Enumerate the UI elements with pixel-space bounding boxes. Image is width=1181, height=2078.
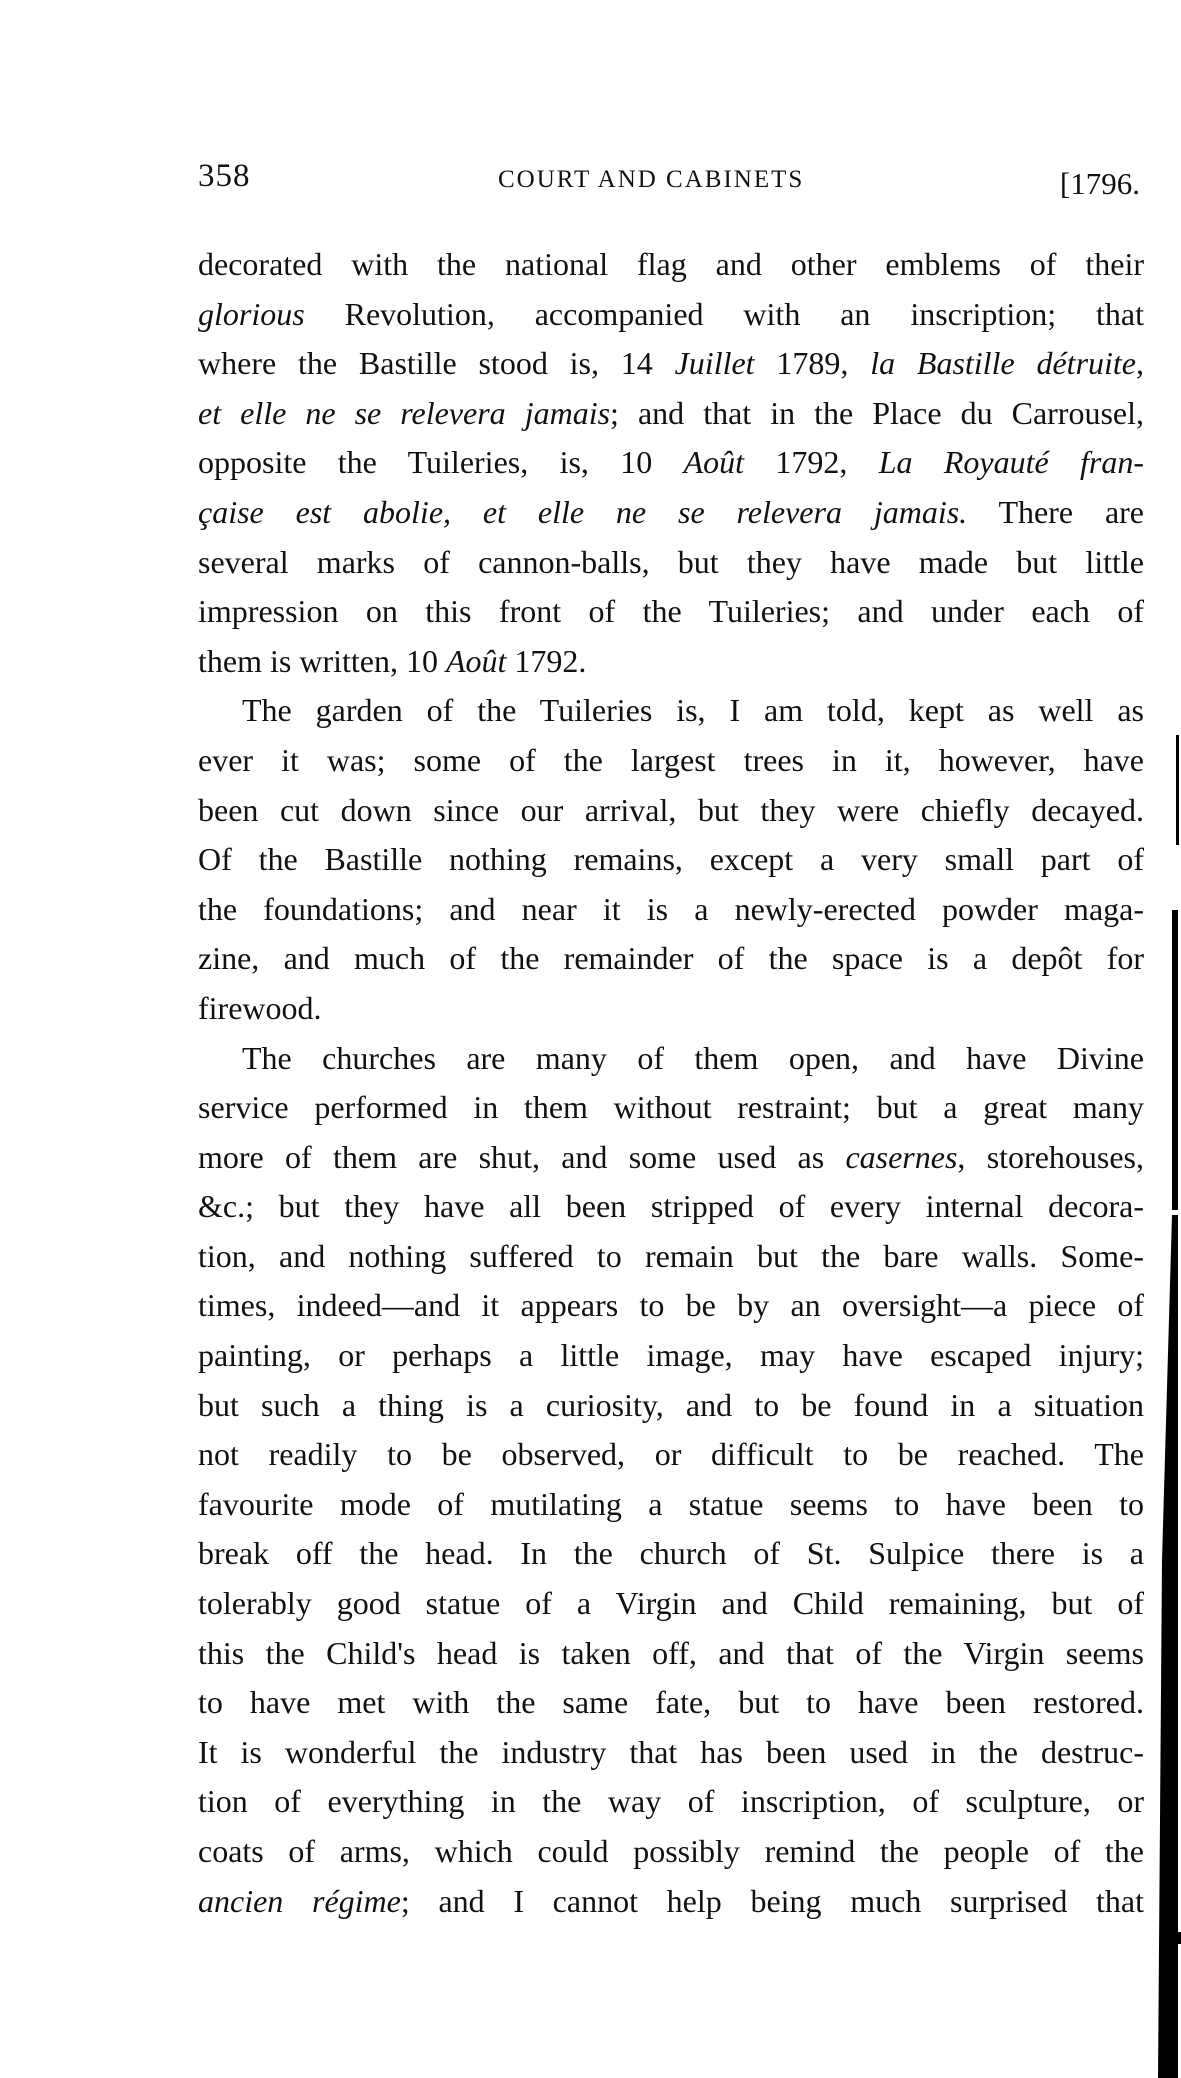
text-line: zine, and much of the remainder of the s… [198, 934, 1144, 984]
text-line: tolerably good statue of a Virgin and Ch… [198, 1579, 1144, 1629]
text-line: firewood. [198, 984, 1144, 1034]
text-line: impression on this front of the Tuilerie… [198, 587, 1144, 637]
text-line: been cut down since our arrival, but the… [198, 786, 1144, 836]
scan-edge-mark-middle [1172, 910, 1178, 1210]
text-line: coats of arms, which could possibly remi… [198, 1827, 1144, 1877]
body-text: decorated with the national flag and oth… [198, 240, 1144, 1926]
text-line: &c.; but they have all been stripped of … [198, 1182, 1144, 1232]
running-head: 358 COURT AND CABINETS [1796. [198, 158, 1148, 208]
italic-segment: La Royauté fran- [879, 444, 1144, 480]
text-segment: decorated with the national flag and oth… [198, 246, 1144, 282]
text-line: painting, or perhaps a little image, may… [198, 1331, 1144, 1381]
text-line: glorious Revolution, accompanied with an… [198, 290, 1144, 340]
text-line: times, indeed—and it appears to be by an… [198, 1281, 1144, 1331]
italic-segment: la Bastille détruite, [870, 345, 1144, 381]
text-line: service performed in them without restra… [198, 1083, 1144, 1133]
running-title: COURT AND CABINETS [498, 166, 804, 194]
text-segment: The churches are many of them open, and … [242, 1040, 1144, 1076]
text-line: not readily to be observed, or difficult… [198, 1430, 1144, 1480]
italic-segment: çaise est abolie, et elle ne se relevera… [198, 494, 967, 530]
text-segment: It is wonderful the industry that has be… [198, 1734, 1144, 1770]
text-line: the foundations; and near it is a newly-… [198, 885, 1144, 935]
text-line: them is written, 10 Août 1792. [198, 637, 1144, 687]
text-line: decorated with the national flag and oth… [198, 240, 1144, 290]
text-segment: impression on this front of the Tuilerie… [198, 593, 1144, 629]
text-line: break off the head. In the church of St.… [198, 1529, 1144, 1579]
text-line: ancien régime; and I cannot help being m… [198, 1877, 1144, 1927]
text-segment: service performed in them without restra… [198, 1089, 1144, 1125]
text-line: favourite mode of mutilating a statue se… [198, 1480, 1144, 1530]
text-segment: to have met with the same fate, but to h… [198, 1684, 1144, 1720]
text-segment: coats of arms, which could possibly remi… [198, 1833, 1144, 1869]
italic-segment: glorious [198, 296, 305, 332]
text-line: opposite the Tuileries, is, 10 Août 1792… [198, 438, 1144, 488]
text-segment: tion, and nothing suffered to remain but… [198, 1238, 1144, 1274]
running-year: [1796. [1060, 166, 1140, 202]
text-line: It is wonderful the industry that has be… [198, 1728, 1144, 1778]
text-segment: favourite mode of mutilating a statue se… [198, 1486, 1144, 1522]
text-segment: several marks of cannon-balls, but they … [198, 544, 1144, 580]
text-line: but such a thing is a curiosity, and to … [198, 1381, 1144, 1431]
text-line: çaise est abolie, et elle ne se relevera… [198, 488, 1144, 538]
text-line: tion of everything in the way of inscrip… [198, 1777, 1144, 1827]
text-segment: where the Bastille stood is, 14 [198, 345, 675, 381]
text-line: where the Bastille stood is, 14 Juillet … [198, 339, 1144, 389]
text-segment: , storehouses, [957, 1139, 1144, 1175]
text-segment: 1789, [755, 345, 871, 381]
text-segment: opposite the Tuileries, is, 10 [198, 444, 684, 480]
italic-segment: ancien régime [198, 1883, 401, 1919]
text-segment: The garden of the Tuileries is, I am tol… [242, 692, 1144, 728]
text-segment: break off the head. In the church of St.… [198, 1535, 1144, 1571]
text-segment: tion of everything in the way of inscrip… [198, 1783, 1144, 1819]
text-segment: tolerably good statue of a Virgin and Ch… [198, 1585, 1144, 1621]
scan-edge-mark-lower [1158, 1215, 1178, 2078]
text-line: Of the Bastille nothing remains, except … [198, 835, 1144, 885]
italic-segment: Août [446, 643, 506, 679]
text-segment: not readily to be observed, or difficult… [198, 1436, 1144, 1472]
text-segment: firewood. [198, 990, 322, 1026]
text-line: more of them are shut, and some used as … [198, 1133, 1144, 1183]
italic-segment: et elle ne se relevera jamais [198, 395, 610, 431]
text-segment: ; and that in the Place du Carrousel, [610, 395, 1144, 431]
text-segment: painting, or perhaps a little image, may… [198, 1337, 1144, 1373]
text-line: tion, and nothing suffered to remain but… [198, 1232, 1144, 1282]
text-segment: ever it was; some of the largest trees i… [198, 742, 1144, 778]
text-segment: been cut down since our arrival, but the… [198, 792, 1144, 828]
page-number: 358 [198, 158, 251, 195]
italic-segment: casernes [845, 1139, 957, 1175]
italic-segment: Août [684, 444, 744, 480]
text-segment: There are [967, 494, 1144, 530]
text-segment: 1792. [506, 643, 586, 679]
text-segment: them is written, 10 [198, 643, 446, 679]
text-segment: more of them are shut, and some used as [198, 1139, 845, 1175]
text-segment: 1792, [744, 444, 879, 480]
text-line: et elle ne se relevera jamais; and that … [198, 389, 1144, 439]
text-segment: ; and I cannot help being much surprised… [401, 1883, 1144, 1919]
text-line: The churches are many of them open, and … [198, 1034, 1144, 1084]
text-segment: but such a thing is a curiosity, and to … [198, 1387, 1144, 1423]
text-line: The garden of the Tuileries is, I am tol… [198, 686, 1144, 736]
text-segment: this the Child's head is taken off, and … [198, 1635, 1144, 1671]
text-line: several marks of cannon-balls, but they … [198, 538, 1144, 588]
text-segment: Revolution, accompanied with an inscript… [305, 296, 1144, 332]
text-segment: zine, and much of the remainder of the s… [198, 940, 1144, 976]
book-page: 358 COURT AND CABINETS [1796. decorated … [0, 0, 1181, 2078]
text-line: this the Child's head is taken off, and … [198, 1629, 1144, 1679]
text-segment: times, indeed—and it appears to be by an… [198, 1287, 1144, 1323]
text-segment: &c.; but they have all been stripped of … [198, 1188, 1144, 1224]
italic-segment: Juillet [675, 345, 755, 381]
text-line: to have met with the same fate, but to h… [198, 1678, 1144, 1728]
scan-edge-mark-upper [1176, 735, 1179, 845]
text-segment: the foundations; and near it is a newly-… [198, 891, 1144, 927]
text-segment: Of the Bastille nothing remains, except … [198, 841, 1144, 877]
text-line: ever it was; some of the largest trees i… [198, 736, 1144, 786]
